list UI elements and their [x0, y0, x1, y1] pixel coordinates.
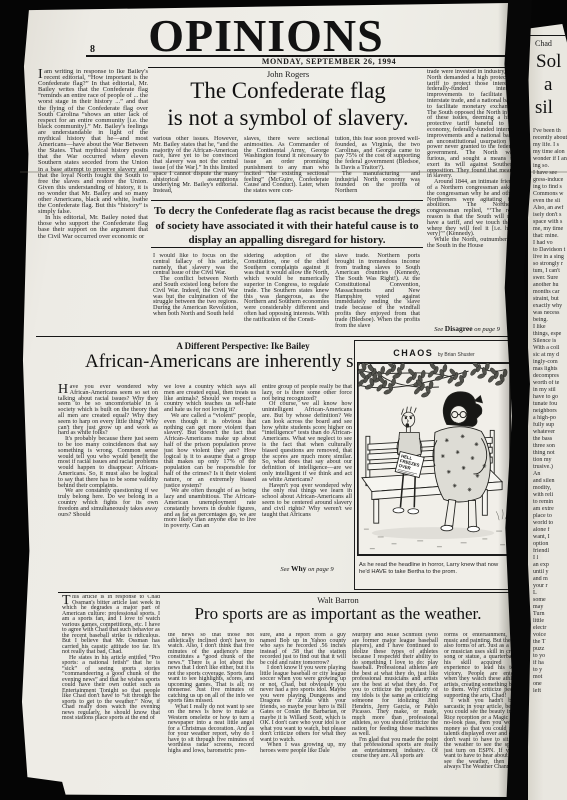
flag-article-paragraph: sidering adoption of the Constitution, o… — [244, 253, 329, 323]
flag-article-continuation: See Disagree on page 9 — [425, 324, 509, 333]
flag-article-paragraph: tution, this fear soon proved well-found… — [335, 136, 420, 171]
adjacent-text-fragment: ing to find s — [533, 184, 567, 191]
adjacent-text-fragment: things, espe — [533, 331, 567, 338]
sports-paragraph: I'm glad that you made the point that pr… — [352, 738, 438, 760]
adjacent-text-fragment: I had vo — [533, 240, 567, 247]
adjacent-text-fragment: alone f — [533, 527, 567, 534]
adjacent-text-fragment: sic at my d — [533, 352, 567, 359]
see-label: See — [434, 326, 443, 333]
sports-paragraph: the news so that those not athletically … — [168, 633, 254, 705]
adjacent-text-fragment: mas lights — [533, 366, 567, 373]
sports-col2: the news so that those not athletically … — [168, 633, 254, 793]
adjacent-text-fragment: ingly-com — [533, 359, 567, 366]
continuation-page: on page 9 — [474, 326, 500, 333]
comic-caption: As he read the headline in horror, Larry… — [357, 561, 511, 577]
opinions-page: OPINIONS 8 MONDAY, SEPTEMBER 26, 1994 Jo… — [18, 3, 514, 797]
flag-article-pull-quote: To decry the Confederate flag as racist … — [151, 200, 423, 248]
flag-article-col3-bottom: sidering adoption of the Constitution, o… — [244, 253, 329, 335]
adjacent-text-fragment: ing so. — [533, 163, 567, 170]
adjacent-text-fragment: my life. I s — [533, 142, 567, 149]
adjacent-text-fragment: exactly why — [533, 303, 567, 310]
adjacent-text-fragment: months car — [533, 289, 567, 296]
adjacent-text-fragment: and m — [533, 576, 567, 583]
adjacent-text-fragment: to Davidson t — [533, 247, 567, 254]
flag-article-paragraph: various other issues. However, Mr. Baile… — [153, 136, 238, 194]
adjacent-text-fragment: left — [533, 688, 567, 695]
flag-article-col3-top: slaves, there were sectional animosities… — [244, 136, 329, 198]
perspective-paragraph: entire group of people really be that la… — [262, 384, 352, 401]
adjacent-text-fragment: tum, I can't — [533, 268, 567, 275]
flag-article-paragraph: I would like to focus on the central fal… — [153, 253, 238, 276]
adjacent-text-fragment: until y — [533, 569, 567, 576]
adjacent-text-fragment: was necess — [533, 310, 567, 317]
flag-article-paragraph: The manufacturing and industrial North e… — [335, 171, 420, 194]
perspective-continuation: See Why on page 9 — [262, 564, 352, 573]
sports-paragraph: When I was growing up, my heroes were pe… — [260, 743, 346, 754]
adjacent-text-fragment: L — [533, 590, 567, 597]
adjacent-text-fragment: that: mine. — [533, 233, 567, 240]
perspective-paragraph: Haven't you ever wondered why the only r… — [262, 483, 352, 518]
adjacent-text-fragment: the bass — [533, 436, 567, 443]
perspective-paragraph: Have you ever wondered why African-Ameri… — [58, 384, 158, 436]
adjacent-text-fragment: world to — [533, 520, 567, 527]
sports-paragraph: This article is in response to Chad Ossm… — [62, 595, 160, 656]
sports-headline: Pro sports are as important as the weath… — [168, 604, 508, 624]
adjacent-text-fragment: swer. Sure — [533, 275, 567, 282]
adjacent-text-fragment: Silence is — [533, 338, 567, 345]
continuation-page: on page 9 — [308, 566, 334, 573]
flag-article-col2-bottom: I would like to focus on the central fal… — [153, 253, 238, 335]
adjacent-text-fragment: so strongly r — [533, 261, 567, 268]
section-divider-rule — [36, 336, 514, 337]
perspective-paragraph: We are called a “violent” people, even t… — [164, 413, 256, 488]
adjacent-text-fragment: the T — [533, 639, 567, 646]
masthead-rule-bottom — [148, 67, 510, 68]
adjacent-text-fragment: place to — [533, 513, 567, 520]
adjacent-text-fragment: option — [533, 541, 567, 548]
adjacent-text-fragment: live in a sing — [533, 254, 567, 261]
adjacent-headline-fragment-1: Sol — [536, 51, 561, 73]
adjacent-text-fragment: Also, an awf — [533, 205, 567, 212]
adjacent-headline-fragment-3: sil — [535, 97, 553, 119]
adjacent-text-fragment: trusive.) — [533, 464, 567, 471]
adjacent-page-sliver: Chad Sol a sil I've been threcently abou… — [528, 24, 567, 800]
flag-article-paragraph: In his editorial, Mr. Bailey noted that … — [38, 215, 148, 239]
adjacent-rule — [530, 35, 566, 36]
adjacent-text-fragment: me, my time — [533, 226, 567, 233]
sports-divider-rule — [58, 592, 514, 593]
adjacent-text-fragment: fully sup — [533, 422, 567, 429]
adjacent-text-fragment: whatever — [533, 429, 567, 436]
flag-article-paragraph: I am writing in response to Ike Bailey's… — [38, 69, 148, 215]
scan-crease — [20, 171, 567, 173]
adjacent-text-fragment: neighbors — [533, 408, 567, 415]
adjacent-text-fragment: another hu — [533, 282, 567, 289]
adjacent-text-fragment: recently about — [533, 135, 567, 142]
adjacent-text-fragment: thing not — [533, 450, 567, 457]
sports-paragraph: I don't know if you were playing little … — [260, 666, 346, 743]
flag-article-headline-line2: is not a symbol of slavery. — [146, 105, 430, 131]
adjacent-text-fragment: gress-induce — [533, 177, 567, 184]
adjacent-text-fragment: I l — [533, 555, 567, 562]
adjacent-text-fragment: may — [533, 604, 567, 611]
perspective-paragraph: We are often thought of as being lazy an… — [164, 488, 256, 529]
continuation-title: Why — [291, 564, 306, 573]
adjacent-text-fragment: even the sli — [533, 198, 567, 205]
adjacent-text-fragment: with reli — [533, 492, 567, 499]
adjacent-text-fragment: electr — [533, 625, 567, 632]
adjacent-text-fragment: straint, but — [533, 296, 567, 303]
adjacent-text-fragment: an exp — [533, 562, 567, 569]
adjacent-text-fragment: An — [533, 471, 567, 478]
adjacent-text-fragment: With a coll — [533, 345, 567, 352]
adjacent-text-fragment: a high-po — [533, 415, 567, 422]
dateline: MONDAY, SEPTEMBER 26, 1994 — [148, 57, 510, 66]
flag-article-col4-bottom: slave trade. Northern ports brought in t… — [335, 253, 420, 335]
sports-col1: This article is in response to Chad Ossm… — [62, 595, 160, 793]
adjacent-text-fragment: my time alon — [533, 149, 567, 156]
adjacent-text-fragment: space with s — [533, 219, 567, 226]
chaos-comic: CHAOS by Brian Shuster — [354, 340, 514, 590]
perspective-col1: Have you ever wondered why African-Ameri… — [58, 384, 158, 580]
adjacent-headline-fragment-2: a — [544, 74, 552, 96]
adjacent-text-fragment: decompres — [533, 373, 567, 380]
perspective-paragraph: It's probably because there just seem to… — [58, 436, 158, 488]
flag-article-col2-top: various other issues. However, Mr. Baile… — [153, 136, 238, 198]
perspective-paragraph: we love a country which says all men are… — [164, 384, 256, 413]
adjacent-text-fragment: want, I — [533, 534, 567, 541]
perspective-paragraph: Of course, we all know how unintelligent… — [262, 401, 352, 482]
flag-article-paragraph: slaves, there were sectional animosities… — [244, 136, 329, 194]
sports-paragraph: Murphy and Mike Schmidt (who are former … — [352, 633, 438, 738]
adjacent-text-fragment: in my stil — [533, 387, 567, 394]
perspective-paragraph: We are constantly questioning if we trul… — [58, 488, 158, 517]
sports-col4: Murphy and Mike Schmidt (who are former … — [352, 633, 438, 793]
adjacent-text-fragment: wonder if I an — [533, 156, 567, 163]
adjacent-text-fragment: if ha — [533, 660, 567, 667]
adjacent-text-fragment: your r — [533, 583, 567, 590]
adjacent-text-fragment: friendl — [533, 548, 567, 555]
adjacent-text-fragment: to y — [533, 667, 567, 674]
page-number: 8 — [90, 44, 95, 55]
adjacent-text-fragment: tunate fou — [533, 401, 567, 408]
comic-drawing: HELL FREEZES OVER — [357, 362, 511, 556]
adjacent-text-fragment: one — [533, 681, 567, 688]
adjacent-text-fragment: voice — [533, 632, 567, 639]
adjacent-text-fragment: am extre — [533, 506, 567, 513]
adjacent-text-fragment: Commons w — [533, 191, 567, 198]
see-label: See — [280, 566, 289, 573]
adjacent-text-fragment: Turn — [533, 611, 567, 618]
sports-col3: sure, and a report from a guy named Bob … — [260, 633, 346, 793]
adjacent-text-fragment: and silen — [533, 478, 567, 485]
comic-credit: by Brian Shuster — [438, 352, 475, 358]
adjacent-column-fragments: I've been threcently aboutmy life. I smy… — [533, 128, 567, 792]
adjacent-text-fragment: I've been th — [533, 128, 567, 135]
flag-article-paragraph: slave trade. Northern ports brought in t… — [335, 253, 420, 328]
perspective-col3: entire group of people really be that la… — [262, 384, 352, 562]
adjacent-text-fragment: worth of te — [533, 380, 567, 387]
adjacent-text-fragment: puzz — [533, 646, 567, 653]
comic-title: CHAOS — [393, 348, 433, 358]
sports-paragraph: sure, and a report from a guy named Bob … — [260, 633, 346, 666]
continuation-title: Disagree — [445, 324, 473, 333]
sports-paragraph: What I really do not want to see on the … — [168, 705, 254, 755]
adjacent-text-fragment: isely don't s — [533, 212, 567, 219]
adjacent-text-fragment: to yo — [533, 653, 567, 660]
adjacent-text-fragment: modity, — [533, 485, 567, 492]
sports-paragraph: He states in his article entitled “Pro s… — [62, 656, 160, 722]
adjacent-text-fragment: I like — [533, 324, 567, 331]
flag-article-col4-top: tution, this fear soon proved well-found… — [335, 136, 420, 198]
flag-article-headline-line1: The Confederate flag — [146, 78, 430, 104]
adjacent-text-fragment: some — [533, 597, 567, 604]
flag-article-paragraph: The conflict between North and South exi… — [153, 276, 238, 317]
adjacent-byline-fragment: Chad — [535, 39, 552, 48]
perspective-col2: we love a country which says all men are… — [164, 384, 256, 580]
adjacent-text-fragment: tion my — [533, 457, 567, 464]
adjacent-text-fragment: mot — [533, 674, 567, 681]
comic-title-row: CHAOS by Brian Shuster — [357, 342, 511, 362]
flag-article-col1: I am writing in response to Ike Bailey's… — [38, 69, 148, 333]
adjacent-text-fragment: have to go — [533, 394, 567, 401]
scanned-newspaper: OPINIONS 8 MONDAY, SEPTEMBER 26, 1994 Jo… — [0, 0, 567, 800]
adjacent-text-fragment: being. — [533, 317, 567, 324]
adjacent-text-fragment: little — [533, 618, 567, 625]
adjacent-text-fragment: to remin — [533, 499, 567, 506]
adjacent-text-fragment: three son — [533, 443, 567, 450]
